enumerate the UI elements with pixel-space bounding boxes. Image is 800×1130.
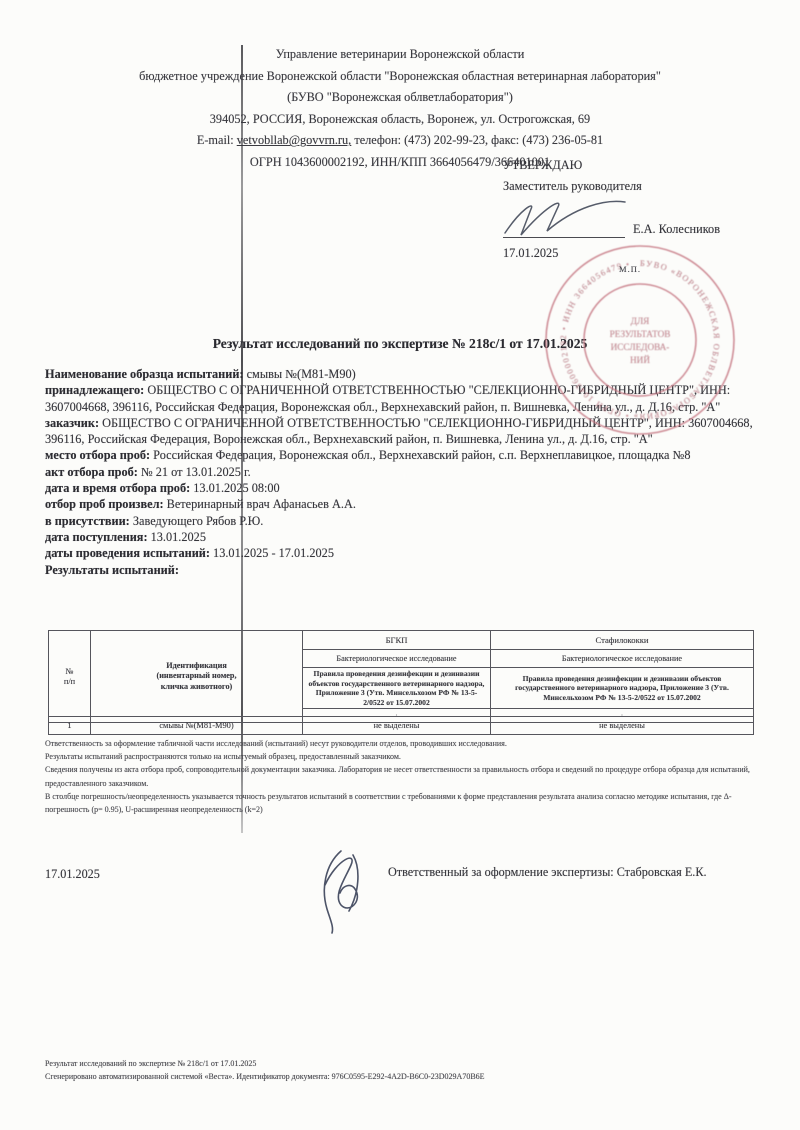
org-email: vetvobllab@govvrn.ru, <box>237 133 351 147</box>
stamp-place-label: М.П. <box>600 264 660 274</box>
detail-line: Наименование образца испытаний: смывы №(… <box>45 366 761 382</box>
signoff-date: 17.01.2025 <box>45 867 100 882</box>
document-title: Результат исследований по экспертизе № 2… <box>40 336 760 352</box>
results-table-header: № п/п Идентификация (инвентарный номер, … <box>48 630 754 723</box>
signoff-block: 17.01.2025 Ответственный за оформление э… <box>45 845 761 935</box>
table-row: 1 смывы №(М81-М90) не выделены не выделе… <box>49 717 754 735</box>
method-staph: Бактериологическое исследование <box>491 650 754 668</box>
col-header-bgkp: БГКП <box>303 631 491 650</box>
document-page: Управление ветеринарии Воронежской облас… <box>0 0 800 1130</box>
detail-line: заказчик: ОБЩЕСТВО С ОГРАНИЧЕННОЙ ОТВЕТС… <box>45 415 761 448</box>
detail-line: дата и время отбора проб: 13.01.2025 08:… <box>45 480 761 496</box>
org-full-name: бюджетное учреждение Воронежской области… <box>40 66 760 88</box>
footer-expertise-ref: Результат исследований по экспертизе № 2… <box>45 1058 761 1071</box>
approver-signature-icon <box>501 197 631 241</box>
org-address: 394052, РОССИЯ, Воронежская область, Вор… <box>40 109 760 131</box>
detail-line: место отбора проб: Российская Федерация,… <box>45 447 761 463</box>
document-footer: Результат исследований по экспертизе № 2… <box>45 1058 761 1083</box>
approver-position: Заместитель руководителя <box>503 176 773 197</box>
row-num: 1 <box>49 717 91 735</box>
signature-underline <box>503 237 625 238</box>
detail-line: в присутствии: Заведующего Рябов Р.Ю. <box>45 513 761 529</box>
org-authority: Управление ветеринарии Воронежской облас… <box>40 44 760 66</box>
method-bgkp: Бактериологическое исследование <box>303 650 491 668</box>
responsible-signature-icon <box>307 845 379 935</box>
norm-bgkp: Правила проведения дезинфекции и дезинва… <box>303 668 491 709</box>
org-phone-fax: телефон: (473) 202-99-23, факс: (473) 23… <box>354 133 603 147</box>
approver-signature-row: Е.А. Колесников <box>503 197 773 243</box>
approval-title: УТВЕРЖДАЮ <box>503 155 773 176</box>
approver-name: Е.А. Колесников <box>633 219 720 240</box>
detail-line: даты проведения испытаний: 13.01.2025 - … <box>45 545 761 561</box>
approval-block: УТВЕРЖДАЮ Заместитель руководителя Е.А. … <box>503 155 773 264</box>
approval-date: 17.01.2025 <box>503 243 773 264</box>
detail-line: Результаты испытаний: <box>45 562 761 578</box>
results-table-data: 1 смывы №(М81-М90) не выделены не выделе… <box>48 716 754 735</box>
sample-details: Наименование образца испытаний: смывы №(… <box>45 366 761 578</box>
org-short-name: (БУВО "Воронежская облветлаборатория") <box>40 87 760 109</box>
detail-line: дата поступления: 13.01.2025 <box>45 529 761 545</box>
note-line: Ответственность за оформление табличной … <box>45 737 761 750</box>
row-sample-id: смывы №(М81-М90) <box>91 717 303 735</box>
col-header-staph: Стафилококки <box>491 631 754 650</box>
norm-staph: Правила проведения дезинфекции и дезинва… <box>491 668 754 709</box>
note-line: Сведения получены из акта отбора проб, с… <box>45 763 761 789</box>
stamp-inner-line-1: ДЛЯ <box>631 316 650 326</box>
note-line: В столбце погрешность/неопределенность у… <box>45 790 761 816</box>
responsible-person: Ответственный за оформление экспертизы: … <box>388 865 707 880</box>
col-header-num: № п/п <box>49 631 91 723</box>
detail-line: отбор проб произвел: Ветеринарный врач А… <box>45 496 761 512</box>
footer-generated-id: Сгенерировано автоматизированной системо… <box>45 1071 761 1084</box>
detail-line: акт отбора проб: № 21 от 13.01.2025 г. <box>45 464 761 480</box>
detail-line: принадлежащего: ОБЩЕСТВО С ОГРАНИЧЕННОЙ … <box>45 382 761 415</box>
disclaimer-notes: Ответственность за оформление табличной … <box>45 737 761 816</box>
stamp-inner-line-4: НИЙ <box>630 355 650 365</box>
col-header-identification: Идентификация (инвентарный номер, кличка… <box>91 631 303 723</box>
org-contacts: E-mail: vetvobllab@govvrn.ru, телефон: (… <box>40 130 760 152</box>
row-result-bgkp: не выделены <box>303 717 491 735</box>
note-line: Результаты испытаний распространяются то… <box>45 750 761 763</box>
row-result-staph: не выделены <box>491 717 754 735</box>
email-label: E-mail: <box>197 133 234 147</box>
